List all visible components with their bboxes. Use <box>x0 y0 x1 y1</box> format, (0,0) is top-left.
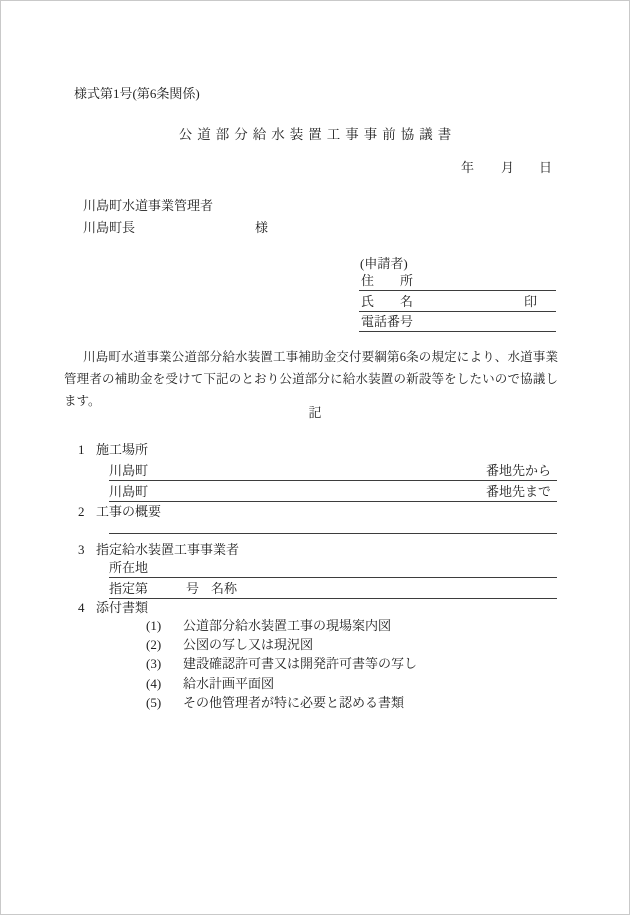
location-from-suffix: 番地先から <box>486 461 557 480</box>
body-paragraph: 川島町水道事業公道部分給水装置工事補助金交付要綱第6条の規定により、水道事業管理… <box>64 346 558 412</box>
attachment-5-number: (5) <box>146 695 183 711</box>
attachment-4-text: 給水計画平面図 <box>183 676 274 691</box>
applicant-name-label: 氏 名 <box>361 293 413 311</box>
location-from-field: 川島町番地先から <box>109 461 557 481</box>
section-1-number: 1 <box>78 442 96 458</box>
applicant-phone-field: 電話番号 <box>359 313 556 332</box>
section-4-title: 添付書類 <box>96 600 148 615</box>
contractor-designation-field: 指定第号名称 <box>109 580 557 599</box>
attachment-2-number: (2) <box>146 637 183 653</box>
record-marker: 記 <box>1 405 629 421</box>
attachment-4-number: (4) <box>146 676 183 692</box>
attachment-3-text: 建設確認許可書又は開発許可書等の写し <box>183 656 417 671</box>
applicant-name-field: 氏 名印 <box>359 293 556 312</box>
designation-unit-label: 号 <box>186 580 199 598</box>
applicant-address-label: 住 所 <box>361 272 413 290</box>
location-to-prefix: 川島町 <box>109 482 148 501</box>
addressee-honorific: 様 <box>255 220 268 236</box>
attachment-item: (5)その他管理者が特に必要と認める書類 <box>146 695 404 711</box>
section-1-heading: 1施工場所 <box>78 442 148 458</box>
section-3-heading: 3指定給水装置工事事業者 <box>78 542 239 558</box>
contractor-name-label: 名称 <box>211 580 237 598</box>
section-1-title: 施工場所 <box>96 442 148 457</box>
section-2-number: 2 <box>78 504 96 520</box>
form-number-label: 様式第1号(第6条関係) <box>74 86 200 102</box>
section-4-heading: 4添付書類 <box>78 600 148 616</box>
applicant-heading: (申請者) <box>360 256 408 272</box>
location-to-suffix: 番地先まで <box>486 482 557 501</box>
date-day-label: 日 <box>539 160 552 175</box>
contractor-address-label: 所在地 <box>109 559 148 577</box>
date-year-label: 年 <box>461 160 474 175</box>
attachment-item: (1)公道部分給水装置工事の現場案内図 <box>146 618 391 634</box>
section-3-number: 3 <box>78 542 96 558</box>
section-4-number: 4 <box>78 600 96 616</box>
seal-mark: 印 <box>524 293 556 311</box>
date-line: 年月日 <box>461 160 552 176</box>
attachment-3-number: (3) <box>146 656 183 672</box>
attachment-2-text: 公図の写し又は現況図 <box>183 637 313 652</box>
attachment-1-text: 公道部分給水装置工事の現場案内図 <box>183 618 391 633</box>
attachment-item: (4)給水計画平面図 <box>146 676 274 692</box>
designation-label: 指定第 <box>109 581 148 596</box>
attachment-5-text: その他管理者が特に必要と認める書類 <box>183 695 404 710</box>
location-to-field: 川島町番地先まで <box>109 482 557 502</box>
attachment-item: (3)建設確認許可書又は開発許可書等の写し <box>146 656 417 672</box>
applicant-address-field: 住 所 <box>359 272 556 291</box>
date-month-label: 月 <box>501 160 514 175</box>
addressee-organization: 川島町水道事業管理者 <box>83 198 213 214</box>
document-title: 公道部分給水装置工事事前協議書 <box>1 123 629 143</box>
addressee-name-line: 川島町長様 <box>83 220 268 236</box>
attachment-item: (2)公図の写し又は現況図 <box>146 637 313 653</box>
applicant-phone-label: 電話番号 <box>361 313 413 331</box>
work-outline-blank-field <box>109 514 557 534</box>
section-3-title: 指定給水装置工事事業者 <box>96 542 239 557</box>
addressee-name: 川島町長 <box>83 220 135 235</box>
attachment-1-number: (1) <box>146 618 183 634</box>
document-page: 様式第1号(第6条関係) 公道部分給水装置工事事前協議書 年月日 川島町水道事業… <box>0 0 630 915</box>
contractor-address-field: 所在地 <box>109 559 557 578</box>
location-from-prefix: 川島町 <box>109 461 148 480</box>
